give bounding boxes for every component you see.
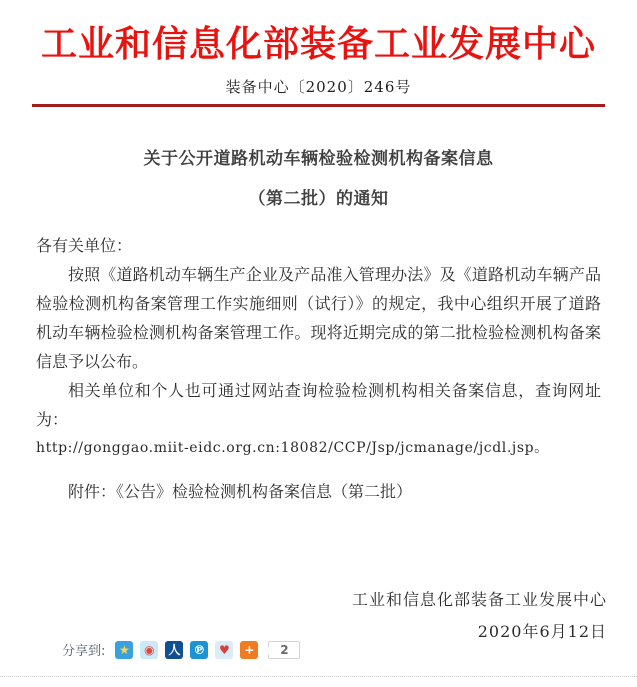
document-number: 装备中心〔2020〕246号 (0, 79, 637, 96)
notice-title-line2: （第二批）的通知 (0, 189, 637, 209)
notice-page: { "header": { "org_title": "工业和信息化部装备工业发… (0, 0, 637, 687)
share-bar: 分享到: ★◉人℗♥+ 2 (0, 640, 637, 659)
red-divider (32, 104, 605, 107)
share-icons: ★◉人℗♥+ (115, 641, 258, 659)
paragraph-2: 相关单位和个人也可通过网站查询检验检测机构相关备案信息，查询网址为： (36, 376, 601, 434)
qzone-share-icon[interactable]: ★ (115, 641, 133, 659)
sina-weibo-share-icon[interactable]: ◉ (140, 641, 158, 659)
notice-body: 各有关单位： 按照《道路机动车辆生产企业及产品准入管理办法》及《道路机动车辆产品… (0, 231, 637, 506)
tieba-share-icon[interactable]: ♥ (215, 641, 233, 659)
org-title: 工业和信息化部装备工业发展中心 (0, 24, 637, 64)
signature-block: 工业和信息化部装备工业发展中心 2020年6月12日 (0, 584, 637, 648)
more-share-icon[interactable]: + (240, 641, 258, 659)
tencent-weibo-share-icon[interactable]: ℗ (190, 641, 208, 659)
attachment-line: 附件：《公告》检验检测机构备案信息（第二批） (36, 477, 601, 506)
notice-title-line1: 关于公开道路机动车辆检验检测机构备案信息 (0, 149, 637, 169)
signature-org: 工业和信息化部装备工业发展中心 (0, 584, 607, 616)
share-count-badge: 2 (268, 641, 300, 659)
renren-share-icon[interactable]: 人 (165, 641, 183, 659)
query-url: http://gonggao.miit-eidc.org.cn:18082/CC… (36, 434, 601, 463)
bottom-divider (0, 676, 637, 677)
share-label: 分享到: (62, 640, 105, 659)
salutation: 各有关单位： (36, 231, 601, 260)
paragraph-1: 按照《道路机动车辆生产企业及产品准入管理办法》及《道路机动车辆产品检验检测机构备… (36, 260, 601, 376)
